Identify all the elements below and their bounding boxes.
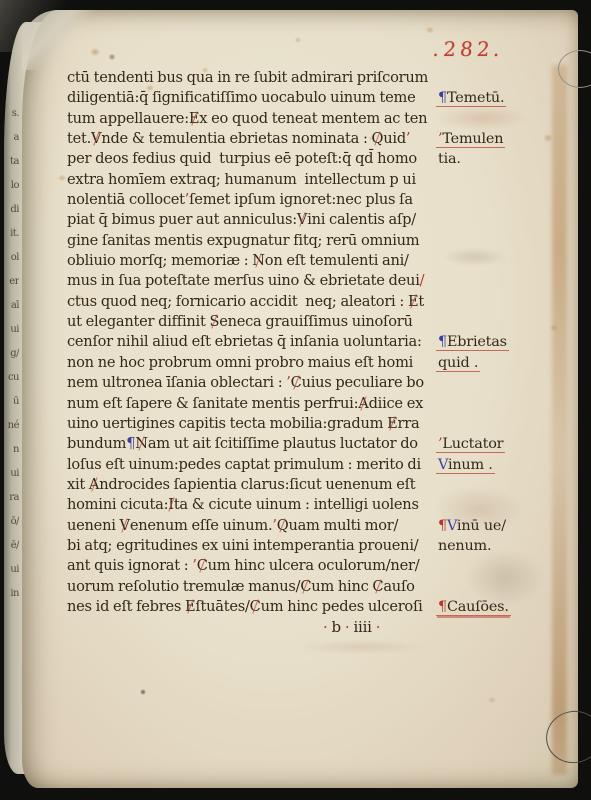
gutter-text-fragment: er [2, 270, 19, 294]
text-line: loſus eſt uinum:pedes captat primulum : … [67, 455, 565, 475]
text-line: obliuio morſq; memoriæ : Non eſt temulen… [67, 251, 565, 271]
line-text-segment: Luctator [442, 436, 503, 452]
gutter-text-fragment: ra [2, 486, 19, 510]
line-text-segment: gine ſanitas mentis expugnatur fitq; rer… [67, 232, 419, 249]
line-text: cenſor nihil aliud eſt ebrietas q̄ inſan… [67, 332, 436, 352]
line-text-segment: inum . [448, 457, 493, 473]
line-text: bundum¶Nam ut ait ſcitiſſime plautus luc… [67, 434, 436, 454]
line-text-segment: nolentiā collocet [67, 191, 185, 208]
page-corner-fold [22, 10, 96, 70]
line-text: nem ultronea īſania oblectari : ’Cuius p… [67, 373, 436, 393]
rubricated-capital: A [89, 476, 99, 493]
line-text: ctus quod neq; fornicario accidit neq; a… [67, 292, 436, 312]
line-text: tet.Vnde & temulentia ebrietas nominata … [67, 129, 436, 149]
text-block: ctū tendenti bus qua in re ſubit admirar… [67, 68, 565, 638]
line-text-segment: x eo quod teneat mentem ac ten [199, 110, 427, 127]
gutter-text-fragment: s. [2, 102, 19, 126]
line-text-segment: nem ultronea īſania oblectari : [67, 374, 286, 391]
rubric-mark: ¶ [438, 599, 447, 615]
gutter-text-fragment: ol [2, 246, 19, 270]
rubricated-capital: S [209, 313, 219, 330]
margin-note: nenum. [436, 536, 493, 554]
facing-page-text-strip: s.atalodiit.oleraīuig/cuūnénuiraō/ē/uiin [2, 102, 19, 624]
text-line: tet.Vnde & temulentia ebrietas nominata … [67, 129, 565, 149]
line-text-segment: nde & temulentia ebrietas nominata : [101, 130, 371, 147]
line-text-segment: homini cicuta: [67, 496, 168, 513]
gutter-text-fragment: ui [2, 462, 19, 486]
pilcrow-mark: ¶ [438, 90, 447, 106]
line-text-segment: non ne hoc probrum omni probro maius eſt… [67, 354, 413, 371]
line-text-segment: ueneni [67, 517, 120, 534]
line-text-segment: per deos fedius quid turpius eē poteſt:q… [67, 150, 417, 167]
book-page: .282. ctū tendenti bus qua in re ſubit a… [22, 10, 578, 788]
text-line: extra homīem extraq; humanum intellectum… [67, 170, 565, 190]
margin-note: ’Luctator [436, 434, 505, 453]
gutter-text-fragment: di [2, 198, 19, 222]
text-line: non ne hoc probrum omni probro maius eſt… [67, 353, 565, 373]
margin-note: ¶Cauſōes. [436, 597, 511, 616]
margin-note: ¶Ebrietas [436, 332, 509, 351]
line-text-segment: piat q̄ bimus puer aut anniculus: [67, 211, 297, 228]
gutter-text-fragment: né [2, 414, 19, 438]
line-text-segment: b [332, 618, 345, 636]
gutter-text-fragment: cu [2, 366, 19, 390]
gutter-text-fragment: ō/ [2, 510, 19, 534]
margin-note: quid . [436, 353, 480, 372]
rubricated-capital: I [168, 496, 174, 513]
rubric-mark: ’ [406, 130, 410, 147]
line-text-segment: uino uertigines capitis tecta mobilia:gr… [67, 415, 387, 432]
gutter-text-fragment: lo [2, 174, 19, 198]
line-text-segment: on eſt temulenti ani/ [265, 252, 409, 269]
line-text-segment: ta & cicute uinum : intelligi uolens [174, 496, 419, 513]
folio-number: .282. [432, 37, 505, 61]
line-text-segment: ut eleganter diffinit [67, 313, 209, 330]
gutter-text-fragment: ū [2, 390, 19, 414]
line-text-segment: iiii [353, 618, 375, 636]
line-text: uino uertigines capitis tecta mobilia:gr… [67, 414, 436, 434]
line-text-segment: um hinc pedes ulceroſi [261, 598, 423, 615]
line-text-segment: mus in ſua poteſtate merſus uino & ebrie… [67, 272, 420, 289]
line-text: piat q̄ bimus puer aut anniculus:Vini ca… [67, 210, 436, 230]
line-text: mus in ſua poteſtate merſus uino & ebrie… [67, 271, 436, 291]
margin-note: ’Temulen [436, 129, 505, 148]
line-text-segment: obliuio morſq; memoriæ : [67, 252, 252, 269]
line-text-segment: uorum reſolutio tremulæ manus/ [67, 578, 300, 595]
line-text-segment: rra [398, 415, 420, 432]
line-text-segment: t [418, 293, 424, 310]
line-text-segment: eneca grauiſſimus uinoſorū [219, 313, 412, 330]
gutter-text-fragment: ui [2, 558, 19, 582]
line-text: tum appellauere:Ex eo quod teneat mentem… [67, 109, 436, 129]
line-text-segment: ſtuātes/ [195, 598, 249, 615]
line-text: xit Androcides ſapientia clarus:ſicut ue… [67, 475, 436, 495]
text-line: ctū tendenti bus qua in re ſubit admirar… [67, 68, 565, 88]
line-text: diligentiā:q̄ ſignificatiſſimo uocabulo … [67, 88, 436, 108]
margin-note: ¶Temetū. [436, 88, 506, 107]
margin-note: ¶Vinū ue/ [436, 516, 508, 534]
show-through-ghost [296, 640, 428, 654]
rubricated-capital: V [91, 130, 101, 147]
rubric-mark: ¶ [438, 518, 447, 534]
pilcrow-mark: V [447, 518, 457, 534]
line-text-segment: uid [383, 130, 406, 147]
line-text-segment: nenum. [438, 538, 491, 554]
text-line: bi atq; egritudines ex uini intemperanti… [67, 536, 565, 556]
gutter-text-fragment: in [2, 582, 19, 606]
line-text: loſus eſt uinum:pedes captat primulum : … [67, 455, 436, 475]
line-text-segment: Ebrietas [447, 334, 507, 350]
line-text-segment: diice ex [369, 395, 424, 412]
line-text-segment: am ut ait ſcitiſſime plautus luctator do [148, 435, 418, 452]
rubricated-capital: Q [277, 517, 289, 534]
rubricated-capital: C [250, 598, 261, 615]
margin-note: Vinum . [436, 455, 495, 474]
rubricated-capital: C [291, 374, 302, 391]
rubricated-capital: N [252, 252, 265, 269]
line-text: obliuio morſq; memoriæ : Non eſt temulen… [67, 251, 436, 271]
rubric-mark: · [376, 618, 381, 636]
gutter-text-fragment: aī [2, 294, 19, 318]
line-text-segment: auſo [383, 578, 414, 595]
line-text: ctū tendenti bus qua in re ſubit admirar… [67, 68, 436, 88]
line-text-segment: ſemet ipſum ignoret:nec plus ſa [189, 191, 413, 208]
rubricated-capital: Q [372, 130, 384, 147]
line-text: num eſt ſapere & ſanitate mentis perfrui… [67, 394, 436, 414]
line-text-segment: cenſor nihil aliud eſt ebrietas q̄ inſan… [67, 333, 422, 350]
line-text: · b · iiii · [67, 617, 436, 637]
line-text: ueneni Venenum eſſe uinum.’Quam multi mo… [67, 516, 436, 536]
text-line: homini cicuta:Ita & cicute uinum : intel… [67, 495, 565, 515]
rubricated-capital: N [135, 435, 148, 452]
gutter-text-fragment: g/ [2, 342, 19, 366]
pilcrow-mark: ¶ [438, 334, 447, 350]
text-line: ueneni Venenum eſſe uinum.’Quam multi mo… [67, 516, 565, 536]
rubricated-capital: E [189, 110, 199, 127]
text-line: tum appellauere:Ex eo quod teneat mentem… [67, 109, 565, 129]
rubricated-capital: E [387, 415, 397, 432]
line-text-segment: Temetū. [447, 90, 504, 106]
signature-mark-line: · b · iiii · [67, 617, 565, 637]
line-text-segment: uam multi mor/ [288, 517, 398, 534]
text-line: ant quis ignorat : ’Cum hinc ulcera ocul… [67, 556, 565, 576]
rubric-mark: ’ [286, 374, 290, 391]
text-line: num eſt ſapere & ſanitate mentis perfrui… [67, 394, 565, 414]
line-text: non ne hoc probrum omni probro maius eſt… [67, 353, 436, 373]
line-text: uorum reſolutio tremulæ manus/Cum hinc C… [67, 577, 436, 597]
line-text: nolentiā collocet’ſemet ipſum ignoret:ne… [67, 190, 436, 210]
text-line: uorum reſolutio tremulæ manus/Cum hinc C… [67, 577, 565, 597]
line-text-segment: Temulen [442, 131, 503, 147]
line-text-segment: ctū tendenti bus qua in re ſubit admirar… [67, 69, 428, 86]
line-text-segment: Cauſōes. [447, 599, 509, 615]
margin-note: tia. [436, 149, 463, 167]
line-text-segment: tia. [438, 151, 461, 167]
text-line: per deos fedius quid turpius eē poteſt:q… [67, 149, 565, 169]
line-text-segment: enenum eſſe uinum. [130, 517, 273, 534]
rubric-mark: · [323, 618, 332, 636]
pilcrow-mark: V [438, 457, 448, 473]
line-text-segment: ant quis ignorat : [67, 557, 192, 574]
text-line: nem ultronea īſania oblectari : ’Cuius p… [67, 373, 565, 393]
line-text: ant quis ignorat : ’Cum hinc ulcera ocul… [67, 556, 436, 576]
text-line: bundum¶Nam ut ait ſcitiſſime plautus luc… [67, 434, 565, 454]
rubricated-capital: E [185, 598, 195, 615]
gutter-text-fragment: ē/ [2, 534, 19, 558]
line-text: nes id eſt febres Eſtuātes/Cum hinc pede… [67, 597, 436, 617]
line-text: extra homīem extraq; humanum intellectum… [67, 170, 436, 190]
line-text: ut eleganter diffinit Seneca grauiſſimus… [67, 312, 436, 332]
text-line: nolentiā collocet’ſemet ipſum ignoret:ne… [67, 190, 565, 210]
gutter-text-fragment: a [2, 126, 19, 150]
line-text-segment: num eſt ſapere & ſanitate mentis perfrui… [67, 395, 358, 412]
line-text-segment: xit [67, 476, 89, 493]
line-text-segment: extra homīem extraq; humanum intellectum… [67, 171, 416, 188]
line-text-segment: quid . [438, 355, 478, 371]
line-text-segment: um hinc [311, 578, 372, 595]
line-text-segment: bi atq; egritudines ex uini intemperanti… [67, 537, 418, 554]
text-line: ctus quod neq; fornicario accidit neq; a… [67, 292, 565, 312]
line-text-segment: nes id eſt febres [67, 598, 185, 615]
gutter-text-fragment: n [2, 438, 19, 462]
line-text: gine ſanitas mentis expugnatur fitq; rer… [67, 231, 436, 251]
rubricated-capital: C [197, 557, 208, 574]
line-text-segment: ini calentis aſp/ [307, 211, 416, 228]
line-text: bi atq; egritudines ex uini intemperanti… [67, 536, 436, 556]
line-text-segment: ndrocides ſapientia clarus:ſicut uenenum… [99, 476, 415, 493]
line-text: per deos fedius quid turpius eē poteſt:q… [67, 149, 436, 169]
rubricated-capital: C [372, 578, 383, 595]
text-line: uino uertigines capitis tecta mobilia:gr… [67, 414, 565, 434]
text-line: diligentiā:q̄ ſignificatiſſimo uocabulo … [67, 88, 565, 108]
text-line: mus in ſua poteſtate merſus uino & ebrie… [67, 271, 565, 291]
line-text-segment: diligentiā:q̄ ſignificatiſſimo uocabulo … [67, 89, 416, 106]
text-line: xit Androcides ſapientia clarus:ſicut ue… [67, 475, 565, 495]
line-text-segment: um hinc ulcera oculorum/ner/ [208, 557, 420, 574]
line-text-segment: ctus quod neq; fornicario accidit neq; a… [67, 293, 408, 310]
rubricated-capital: V [297, 211, 307, 228]
rubricated-capital: V [120, 517, 130, 534]
line-text-segment: tet. [67, 130, 91, 147]
text-line: ut eleganter diffinit Seneca grauiſſimus… [67, 312, 565, 332]
text-line: gine ſanitas mentis expugnatur fitq; rer… [67, 231, 565, 251]
gutter-text-fragment: ui [2, 318, 19, 342]
line-text-segment: inū ue/ [457, 518, 506, 534]
rubric-mark: / [420, 272, 425, 289]
text-line: cenſor nihil aliud eſt ebrietas q̄ inſan… [67, 332, 565, 352]
pilcrow-mark: ¶ [126, 435, 135, 452]
line-text: homini cicuta:Ita & cicute uinum : intel… [67, 495, 436, 515]
photograph-of-book-page: s.atalodiit.oleraīuig/cuūnénuiraō/ē/uiin… [0, 0, 591, 800]
page-edge-browning [552, 65, 567, 775]
gutter-text-fragment: it. [2, 222, 19, 246]
text-line: nes id eſt febres Eſtuātes/Cum hinc pede… [67, 597, 565, 617]
line-text-segment: uius peculiare bo [302, 374, 424, 391]
line-text-segment: tum appellauere: [67, 110, 189, 127]
rubricated-capital: C [300, 578, 311, 595]
rubricated-capital: A [358, 395, 368, 412]
text-line: piat q̄ bimus puer aut anniculus:Vini ca… [67, 210, 565, 230]
line-text-segment: loſus eſt uinum:pedes captat primulum : … [67, 456, 421, 473]
gutter-text-fragment: ta [2, 150, 19, 174]
rubricated-capital: E [408, 293, 418, 310]
line-text-segment: bundum [67, 435, 126, 452]
